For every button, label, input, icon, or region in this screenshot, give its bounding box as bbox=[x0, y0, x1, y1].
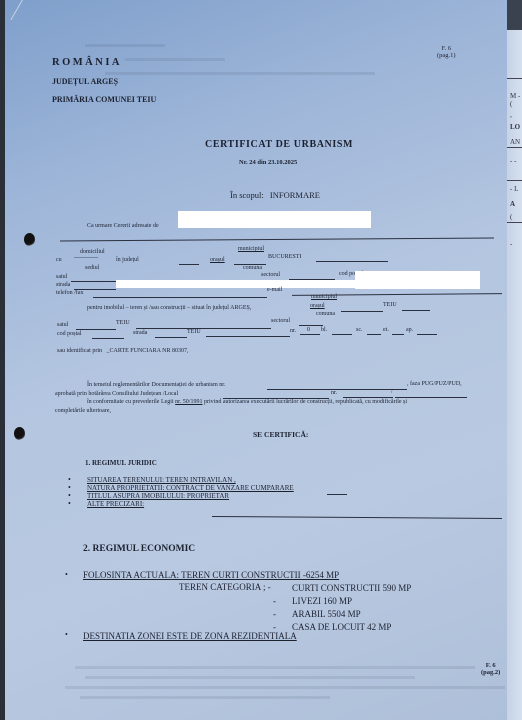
country-heading: ROMÂNIA bbox=[52, 57, 122, 68]
category-label: TEREN CATEGORIA ; - bbox=[179, 582, 271, 592]
law-description: privind autorizarea executării lucrărilo… bbox=[204, 399, 407, 405]
property-street: TEIU bbox=[187, 329, 201, 335]
label-strada: strada bbox=[133, 330, 147, 336]
form-number-page-2: F. 6 (pag.2) bbox=[481, 662, 500, 676]
background-surface bbox=[507, 0, 522, 30]
category-item: CURTI CONSTRUCTII 590 MP bbox=[292, 583, 411, 593]
bullet-icon: • bbox=[65, 630, 68, 639]
underlying-page-edge: M - ( ' LO AN - - - L A ( - bbox=[507, 30, 522, 720]
section-1-heading: 1. REGIMUL JURIDIC bbox=[85, 459, 157, 467]
legal-basis-line-3: în conformitate cu prevederile Legii nr.… bbox=[87, 399, 407, 405]
law-reference: nr. 50/1991 bbox=[175, 399, 202, 405]
purpose-value: INFORMARE bbox=[270, 190, 320, 200]
label-sc: sc. bbox=[356, 327, 363, 333]
document-page: ROMÂNIA JUDEȚUL ARGEȘ PRIMĂRIA COMUNEI T… bbox=[5, 0, 507, 720]
label-cod-postal: cod poștal bbox=[57, 331, 82, 337]
label-comuna: comuna bbox=[316, 311, 335, 317]
legal-item-title: TITLUL ASUPRA IMOBILULUI: PROPRIETAR bbox=[87, 492, 229, 500]
property-locality: TEIU bbox=[383, 302, 397, 308]
current-use: FOLOSINTA ACTUALA: TEREN CURTI CONSTRUCT… bbox=[83, 570, 339, 580]
label-et: et. bbox=[383, 327, 389, 333]
category-item: LIVEZI 160 MP bbox=[292, 596, 352, 606]
underlying-page-fragment: A bbox=[510, 200, 515, 208]
label-cu: cu bbox=[56, 257, 62, 263]
purpose-line: În scopul: INFORMARE bbox=[230, 190, 320, 200]
form-number: F. 6 bbox=[481, 662, 500, 669]
property-intro: pentru imobilul – teren și /sau construc… bbox=[87, 305, 251, 311]
label-sectorul: sectorul bbox=[261, 272, 280, 278]
legal-item-situation: SITUAREA TERENULUI: TEREN INTRAVILAN , bbox=[87, 476, 236, 484]
label-orasul: orașul bbox=[210, 257, 225, 263]
label-orasul: orașul bbox=[310, 303, 325, 309]
label-ap: ap. bbox=[406, 327, 413, 333]
label-satul: satul bbox=[56, 274, 67, 280]
label-satul: satul bbox=[57, 322, 68, 328]
law-intro: în conformitate cu prevederile Legii bbox=[87, 399, 174, 405]
slash: / bbox=[391, 389, 393, 395]
legal-item-other: ALTE PRECIZARI: bbox=[87, 500, 144, 508]
binder-hole bbox=[14, 427, 25, 440]
zone-destination: DESTINATIA ZONEI ESTE DE ZONA REZIDENTIA… bbox=[83, 631, 297, 641]
page-number: (pag.2) bbox=[481, 669, 500, 676]
authority-heading: PRIMĂRIA COMUNEI TEIU bbox=[52, 95, 156, 104]
legal-basis-line-2: aprobată prin hotărârea Consiliului Jude… bbox=[55, 391, 178, 397]
underlying-page-fragment: - L bbox=[510, 185, 518, 193]
document-title: CERTIFICAT DE URBANISM bbox=[205, 139, 353, 150]
dash-separator: ------------ bbox=[74, 255, 98, 261]
county-heading: JUDEȚUL ARGEȘ bbox=[52, 77, 118, 86]
form-number: F. 6 bbox=[437, 45, 456, 52]
legal-basis-line-4: completările ulterioare, bbox=[55, 408, 111, 414]
underlying-page-fragment: - - bbox=[510, 157, 516, 165]
label-judetul: în județul bbox=[116, 257, 139, 263]
underlying-page-fragment: ' LO bbox=[510, 115, 522, 131]
label-sectorul: sectorul bbox=[271, 318, 290, 324]
label-bl: bl. bbox=[321, 327, 327, 333]
legal-basis-phase: , faza PUG/PUZ/PUD, bbox=[407, 381, 462, 387]
page-number: (pag.1) bbox=[437, 52, 456, 59]
legal-item-ownership-nature: NATURA PROPRIETATII: CONTRACT DE VANZARE… bbox=[87, 484, 294, 492]
identified-by-text: sau identificat prin bbox=[57, 348, 102, 354]
form-number-page-1: F. 6 (pag.1) bbox=[437, 45, 456, 59]
label-telefon: telefon /fax bbox=[56, 290, 84, 296]
underlying-page-fragment: - bbox=[510, 240, 512, 248]
binder-hole bbox=[24, 233, 35, 246]
dash: - bbox=[273, 609, 276, 619]
label-nr: nr. bbox=[290, 328, 296, 334]
legal-basis-line-1: În temeiul reglementărilor Documentației… bbox=[87, 382, 225, 388]
label-municipiul: municipiul bbox=[311, 294, 337, 300]
property-number: 0 bbox=[307, 327, 310, 333]
underlying-page-fragment: M - ( bbox=[510, 92, 522, 108]
label-comuna: comuna bbox=[243, 265, 262, 271]
category-item: ARABIL 5504 MP bbox=[292, 609, 361, 619]
purpose-label: În scopul: bbox=[230, 190, 264, 200]
label-municipiul: municipiul bbox=[238, 246, 264, 252]
bullet-icon: • bbox=[68, 499, 71, 508]
dash: - bbox=[273, 596, 276, 606]
identified-by-label: sau identificat prin _CARTE FUNCIARA NR … bbox=[57, 348, 188, 354]
label-nr: nr. bbox=[331, 390, 337, 396]
certificate-number: Nr. 24 din 23.10.2025 bbox=[239, 159, 297, 166]
underlying-page-fragment: AN bbox=[510, 138, 520, 146]
land-registry-id: _CARTE FUNCIARA NR 80307, bbox=[107, 348, 189, 354]
label-strada: strada bbox=[56, 282, 70, 288]
request-intro: Ca urmare Cererii adresate de bbox=[87, 223, 159, 229]
label-email: e-mail bbox=[267, 287, 282, 293]
underlying-page-fragment: ( bbox=[510, 213, 512, 221]
paper-fold bbox=[10, 0, 88, 20]
certifies-heading: SE CERTIFICĂ: bbox=[253, 430, 308, 439]
label-sediul: sediul bbox=[85, 265, 99, 271]
applicant-city: BUCURESTI bbox=[268, 254, 301, 260]
redacted-applicant-name bbox=[178, 211, 371, 228]
bullet-icon: • bbox=[65, 570, 68, 579]
category-item: CASA DE LOCUIT 42 MP bbox=[292, 622, 391, 632]
section-2-heading: 2. REGIMUL ECONOMIC bbox=[83, 544, 195, 554]
property-village: TEIU bbox=[116, 320, 130, 326]
